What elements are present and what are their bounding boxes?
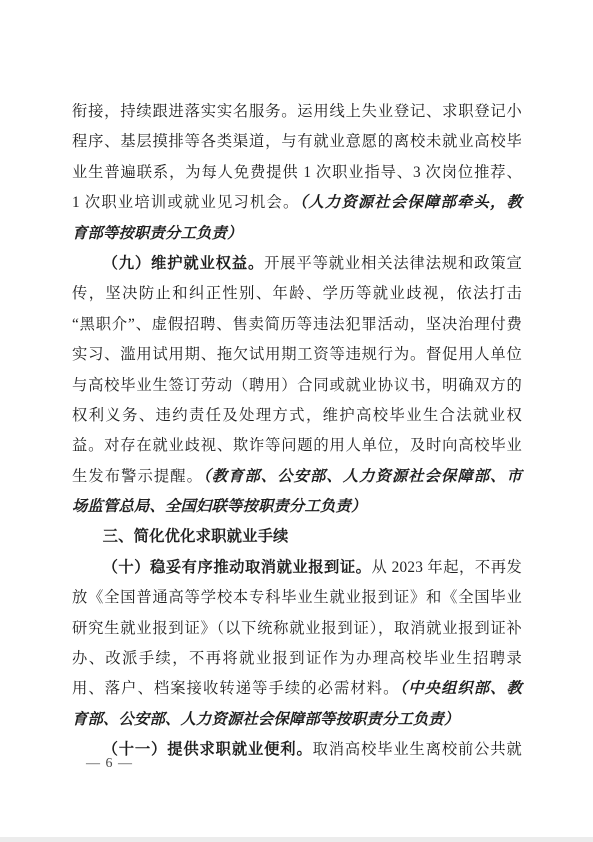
clause-10-line: （十）稳妥有序推动取消就业报到证。从 2023 年起，不再发 [72,553,522,583]
body-line: 与高校毕业生签订劳动（聘用）合同或就业协议书，明确双方的 [72,371,522,401]
body-text: 实习、滥用试用期、拖欠试用期工资等违规行为。督促用人单位 [72,346,522,363]
body-line: 研究生就业报到证》（以下统称就业报到证），取消就业报到证补 [72,614,522,644]
body-line: “黑职介”、虚假招聘、售卖简历等违法犯罪活动，坚决治理付费 [72,310,522,340]
body-text: 用、落户、档案接收转递等手续的必需材料。 [72,680,400,697]
body-line: 业生普遍联系，为每人免费提供 1 次职业指导、3 次岗位推荐、 [72,158,522,188]
body-line: 育部等按职责分工负责） [72,219,522,249]
body-text: 与高校毕业生签订劳动（聘用）合同或就业协议书，明确双方的 [72,377,522,394]
page-bottom-edge [0,837,593,842]
body-line: 衔接，持续跟进落实实名服务。运用线上失业登记、求职登记小 [72,97,522,127]
body-text: 程序、基层摸排等各类渠道，与有就业意愿的离校未就业高校毕 [72,133,522,150]
body-text: 生发布警示提醒。 [72,468,203,485]
body-line: 程序、基层摸排等各类渠道，与有就业意愿的离校未就业高校毕 [72,127,522,157]
clause-lead: 三、简化优化求职就业手续 [103,528,289,545]
body-text: 放《全国普通高等学校本专科毕业生就业报到证》和《全国毕业 [72,589,522,606]
clause-lead: （十）稳妥有序推动取消就业报到证。 [103,559,372,576]
clause-11-line: （十一）提供求职就业便利。取消高校毕业生离校前公共就 [72,735,522,765]
body-text: 开展平等就业相关法律法规和政策宣 [264,255,522,272]
body-text: 从 2023 年起，不再发 [372,559,523,576]
body-line: 放《全国普通高等学校本专科毕业生就业报到证》和《全国毕业 [72,583,522,613]
body-text: “黑职介”、虚假招聘、售卖简历等违法犯罪活动，坚决治理付费 [72,316,522,333]
responsibility-note: 育部等按职责分工负责） [72,225,242,242]
body-text: 研究生就业报到证》（以下统称就业报到证），取消就业报到证补 [72,620,522,637]
body-line: 实习、滥用试用期、拖欠试用期工资等违规行为。督促用人单位 [72,340,522,370]
document-text-area: 衔接，持续跟进落实实名服务。运用线上失业登记、求职登记小程序、基层摸排等各类渠道… [72,97,522,766]
body-line: 育部、公安部、人力资源社会保障部等按职责分工负责） [72,705,522,735]
body-text: 益。对存在就业歧视、欺诈等问题的用人单位，及时向高校毕业 [72,437,522,454]
responsibility-note: （中央组织部、教 [400,680,522,697]
body-line: 1 次职业培训或就业见习机会。（人力资源社会保障部牵头，教 [72,188,522,218]
body-line: 权利义务、违约责任及处理方式，维护高校毕业生合法就业权 [72,401,522,431]
body-text: 传，坚决防止和纠正性别、年龄、学历等就业歧视，依法打击 [72,285,522,302]
clause-lead: （十一）提供求职就业便利。 [103,741,313,758]
body-line: 益。对存在就业歧视、欺诈等问题的用人单位，及时向高校毕业 [72,431,522,461]
clause-9-line: （九）维护就业权益。开展平等就业相关法律法规和政策宣 [72,249,522,279]
clause-lead: （九）维护就业权益。 [103,255,265,272]
body-text: 办、改派手续，不再将就业报到证作为办理高校毕业生招聘录 [72,650,522,667]
body-text: 1 次职业培训或就业见习机会。 [72,194,300,211]
responsibility-note: （人力资源社会保障部牵头，教 [300,194,522,211]
section-heading: 三、简化优化求职就业手续 [72,522,522,552]
body-text: 业生普遍联系，为每人免费提供 1 次职业指导、3 次岗位推荐、 [72,164,522,181]
body-line: 生发布警示提醒。（教育部、公安部、人力资源社会保障部、市 [72,462,522,492]
body-text: 权利义务、违约责任及处理方式，维护高校毕业生合法就业权 [72,407,522,424]
body-line: 场监管总局、全国妇联等按职责分工负责） [72,492,522,522]
body-line: 办、改派手续，不再将就业报到证作为办理高校毕业生招聘录 [72,644,522,674]
body-text: 衔接，持续跟进落实实名服务。运用线上失业登记、求职登记小 [72,103,522,120]
body-line: 传，坚决防止和纠正性别、年龄、学历等就业歧视，依法打击 [72,279,522,309]
responsibility-note: （教育部、公安部、人力资源社会保障部、市 [203,468,522,485]
responsibility-note: 育部、公安部、人力资源社会保障部等按职责分工负责） [72,711,459,728]
responsibility-note: 场监管总局、全国妇联等按职责分工负责） [72,498,366,515]
document-page: 衔接，持续跟进落实实名服务。运用线上失业登记、求职登记小程序、基层摸排等各类渠道… [0,0,593,842]
body-line: 用、落户、档案接收转递等手续的必需材料。（中央组织部、教 [72,674,522,704]
body-text: 取消高校毕业生离校前公共就 [313,741,522,758]
page-number: — 6 — [86,756,133,772]
